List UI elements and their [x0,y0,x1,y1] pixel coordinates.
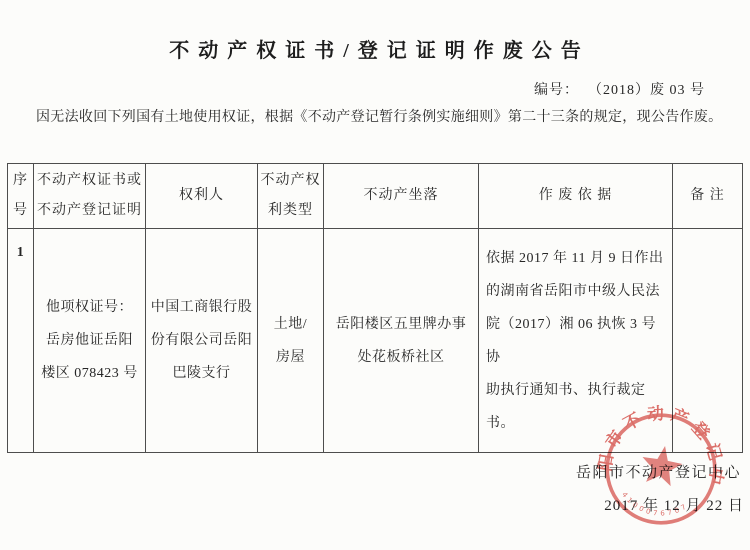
notice-table: 序 号 不动产权证书或 不动产登记证明 权利人 不动产权 利类型 不动产坐落 作… [7,163,743,453]
column-header-remark: 备 注 [673,164,743,229]
column-header-location: 不动产坐落 [324,164,479,229]
cell-holder: 中国工商银行股 份有限公司岳阳 巴陵支行 [146,229,258,453]
column-header-certificate: 不动产权证书或 不动产登记证明 [34,164,146,229]
table-header-row: 序 号 不动产权证书或 不动产登记证明 权利人 不动产权 利类型 不动产坐落 作… [8,164,743,229]
cell-certificate: 他项权证号： 岳房他证岳阳 楼区 078423 号 [34,229,146,453]
column-header-holder: 权利人 [146,164,258,229]
column-header-seq: 序 号 [8,164,34,229]
cell-basis: 依据 2017 年 11 月 9 日作出 的湖南省岳阳市中级人民法 院（2017… [479,229,673,453]
cell-right-type: 土地/ 房屋 [258,229,324,453]
cell-seq: 1 [8,229,34,453]
issuer-name: 岳阳市不动产登记中心 [576,461,741,482]
cell-location: 岳阳楼区五里牌办事 处花板桥社区 [324,229,479,453]
column-header-basis: 作 废 依 据 [479,164,673,229]
table-row: 1 他项权证号： 岳房他证岳阳 楼区 078423 号 中国工商银行股 份有限公… [8,229,743,453]
page-title: 不动产权证书/登记证明作废公告 [0,34,750,63]
notice-document: 不动产权证书/登记证明作废公告 编号：（2018）废 03 号 因无法收回下列国… [0,0,750,550]
intro-paragraph: 因无法收回下列国有土地使用权证，根据《不动产登记暂行条例实施细则》第二十三条的规… [8,108,744,128]
doc-number-value: （2018）废 03 号 [595,83,705,98]
doc-number-label: 编号： [534,83,579,98]
doc-number: 编号：（2018）废 03 号 [534,79,705,99]
issue-date: 2017 年 12 月 22 日 [604,494,744,515]
column-header-right-type: 不动产权 利类型 [258,164,324,229]
cell-remark [673,229,743,453]
